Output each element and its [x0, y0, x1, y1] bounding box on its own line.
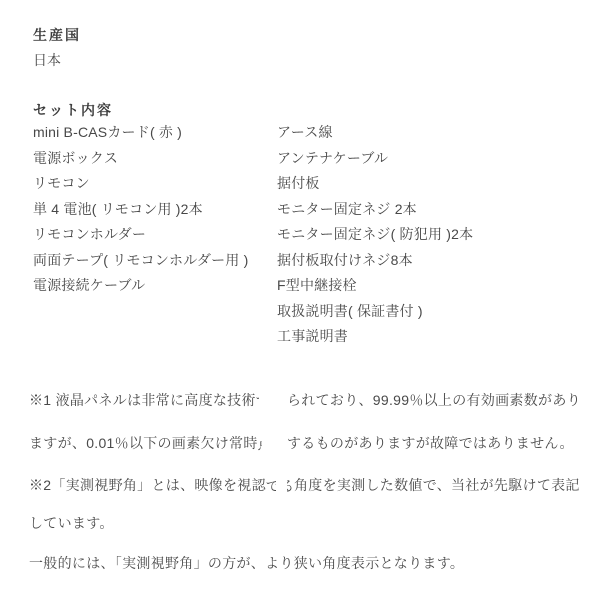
- set-item: 両面テープ( リモコンホルダー用 ): [33, 248, 248, 274]
- set-contents-column-left: mini B-CASカード( 赤 ) 電源ボックス リモコン 単 4 電池( リ…: [33, 120, 248, 299]
- footnote-text-right: するものがありますが故障ではありません。: [287, 433, 574, 453]
- set-item: 単 4 電池( リモコン用 )2本: [33, 197, 248, 223]
- footnote-clipped-glyph: で: [256, 391, 259, 410]
- production-country-label: 生産国: [33, 25, 81, 45]
- footnote-line: ※1 液晶パネルは非常に高度な技術で られており、99.99％以上の有効画素数が…: [29, 390, 259, 410]
- set-contents-label: セット内容: [33, 100, 113, 120]
- footnote-text-left: ※1 液晶パネルは非常に高度な技術: [29, 392, 256, 408]
- footnote-clipped-glyph: る: [287, 476, 294, 495]
- set-item: F型中継接栓: [277, 273, 473, 299]
- set-contents-column-right: アース線 アンテナケーブル 据付板 モニター固定ネジ 2本 モニター固定ネジ( …: [277, 120, 473, 350]
- footnote-clipped-glyph: で: [266, 476, 276, 495]
- set-item: 電源接続ケーブル: [33, 273, 248, 299]
- set-item: 取扱説明書( 保証書付 ): [277, 299, 473, 325]
- set-item: リモコン: [33, 171, 248, 197]
- set-item: 電源ボックス: [33, 146, 248, 172]
- set-item: 据付板: [277, 171, 473, 197]
- footnote-text-left: ますが、0.01％以下の画素欠け常時: [29, 435, 258, 451]
- footnote-line: 一般的には、「実測視野角」の方が、より狭い角度表示となります。: [29, 553, 464, 573]
- footnote-clipped-glyph: 点: [258, 434, 262, 453]
- footnote-text-left: ※2「実測視野角」とは、映像を視認: [29, 477, 266, 493]
- set-item: 工事説明書: [277, 324, 473, 350]
- production-country-value: 日本: [33, 50, 61, 70]
- set-item: mini B-CASカード( 赤 ): [33, 120, 248, 146]
- set-item: 据付板取付けネジ8本: [277, 248, 473, 274]
- set-item: モニター固定ネジ 2本: [277, 197, 473, 223]
- set-item: リモコンホルダー: [33, 222, 248, 248]
- set-item: モニター固定ネジ( 防犯用 )2本: [277, 222, 473, 248]
- footnote-line: ※2「実測視野角」とは、映像を視認で る角度を実測した数値で、当社が先駆けて表記: [29, 475, 276, 495]
- product-description-panel: 生産国 日本 セット内容 mini B-CASカード( 赤 ) 電源ボックス リ…: [0, 0, 600, 600]
- footnote-line: しています。: [29, 513, 114, 533]
- footnote-text-left: 一般的には、「実測視野角」の方が、より狭い角度表示となります。: [29, 555, 464, 571]
- footnote-text-left: しています。: [29, 515, 114, 531]
- footnote-line: ますが、0.01％以下の画素欠け常時点 するものがありますが故障ではありません。: [29, 433, 262, 453]
- footnote-text-right: られており、99.99％以上の有効画素数があり: [287, 390, 581, 410]
- set-item: アンテナケーブル: [277, 146, 473, 172]
- set-item: アース線: [277, 120, 473, 146]
- footnote-text-right: る角度を実測した数値で、当社が先駆けて表記: [287, 475, 580, 495]
